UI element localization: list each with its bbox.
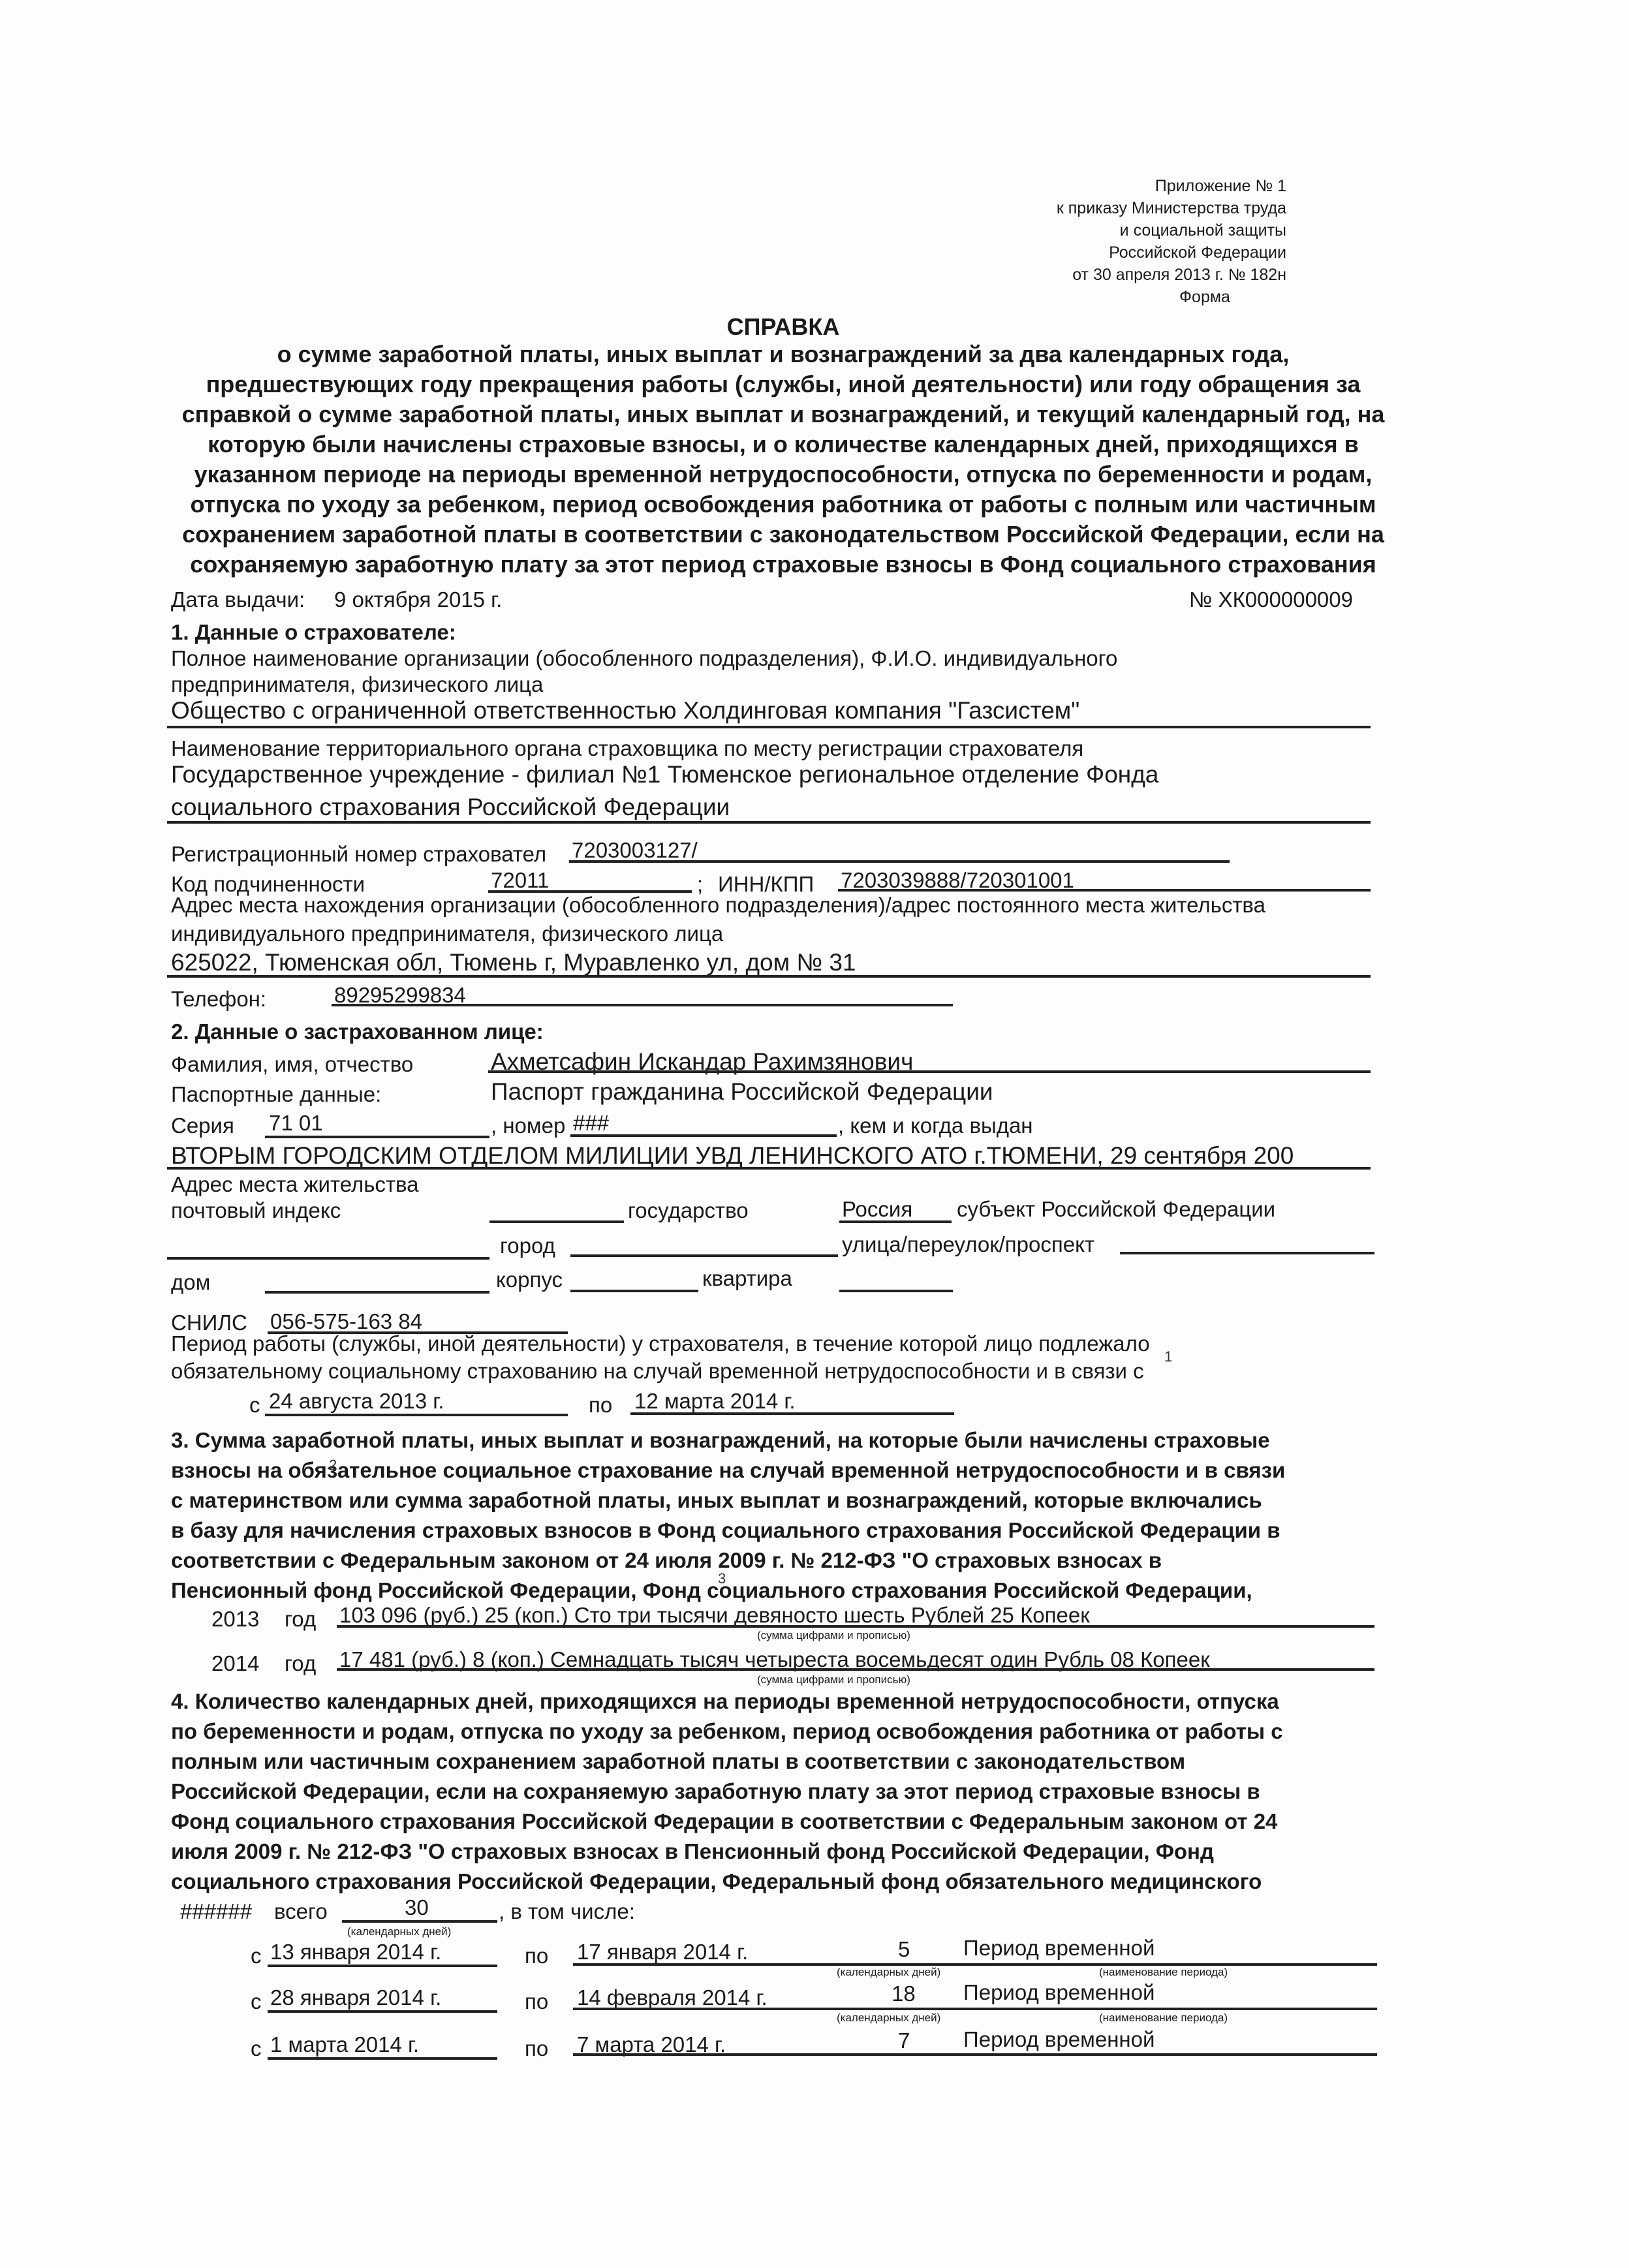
street-label: улица/переулок/проспект — [842, 1232, 1094, 1257]
org-name-label-cont: предпринимателя, физического лица — [171, 672, 543, 697]
underline — [167, 821, 1371, 824]
total-days-value: 30 — [405, 1895, 429, 1920]
period-to: 14 февраля 2014 г. — [577, 1985, 768, 2010]
section4-line: 4. Количество календарных дней, приходящ… — [171, 1689, 1279, 1714]
year-label: год — [285, 1607, 316, 1632]
work-to-value: 12 марта 2014 г. — [634, 1389, 796, 1414]
territorial-body-value-cont: социального страхования Российской Федер… — [171, 794, 730, 821]
name-caption: (наименование периода) — [1099, 2012, 1228, 2025]
reg-number-value: 7203003127/ — [572, 838, 698, 863]
year-label: год — [285, 1651, 316, 1676]
work-period-text-cont: обязательному социальному страхованию на… — [171, 1359, 1144, 1384]
underline — [167, 975, 1371, 978]
city-field — [570, 1254, 838, 1257]
underline — [573, 1963, 1377, 1966]
appendix-line: к приказу Министерства труда — [1057, 197, 1286, 219]
section4-line: полным или частичным сохранением заработ… — [171, 1749, 1185, 1774]
footnote-mark: 2 — [329, 1457, 337, 1474]
subtitle-line: о сумме заработной платы, иных выплат и … — [163, 339, 1403, 369]
passport-label: Паспортные данные: — [171, 1082, 381, 1107]
period-from: 1 марта 2014 г. — [270, 2032, 419, 2057]
work-from-value: 24 августа 2013 г. — [269, 1389, 444, 1414]
appendix-line: Приложение № 1 — [1155, 175, 1286, 197]
year: 2014 — [211, 1651, 259, 1676]
subject-field — [167, 1257, 489, 1260]
amount-caption: (сумма цифрами и прописью) — [757, 1673, 910, 1686]
period-from: 28 января 2014 г. — [270, 1985, 441, 2010]
underline — [268, 1965, 497, 1967]
underline — [570, 1134, 837, 1137]
apartment-field — [839, 1290, 953, 1292]
territorial-body-label: Наименование территориального органа стр… — [171, 736, 1083, 761]
underline — [569, 860, 1230, 863]
total-caption: (календарных дней) — [347, 1925, 451, 1938]
section1-heading: 1. Данные о страхователе: — [171, 620, 456, 645]
period-days: 18 — [892, 1981, 916, 2006]
passport-value: Паспорт гражданина Российской Федерации — [491, 1078, 993, 1106]
footnote-mark: 1 — [1164, 1348, 1172, 1365]
name-caption: (наименование периода) — [1099, 1966, 1228, 1979]
underline — [268, 2010, 497, 2013]
period-from: 13 января 2014 г. — [270, 1940, 441, 1965]
work-period-text: Период работы (службы, иной деятельности… — [171, 1331, 1150, 1356]
underline — [839, 1220, 952, 1223]
appendix-line: и социальной защиты — [1120, 219, 1286, 241]
series-value: 71 01 — [269, 1111, 323, 1136]
number-value: ### — [573, 1111, 609, 1136]
phone-label: Телефон: — [171, 987, 266, 1012]
postal-code-label: почтовый индекс — [171, 1198, 341, 1223]
appendix-line: Российской Федерации — [1109, 241, 1286, 264]
to-label: по — [525, 2036, 548, 2061]
subtitle-line: сохранением заработной платы в соответст… — [163, 520, 1403, 549]
section2-heading: 2. Данные о застрахованном лице: — [171, 1019, 544, 1044]
house-label: дом — [171, 1270, 210, 1295]
subtitle-line: сохраняемую заработную плату за этот пер… — [163, 550, 1403, 579]
period-days: 5 — [898, 1937, 910, 1962]
to-label: по — [525, 1989, 548, 2014]
section3-line: Пенсионный фонд Российской Федерации, Фо… — [171, 1578, 1252, 1603]
document-title: СПРАВКА — [163, 312, 1403, 341]
subtitle-line: справкой о сумме заработной платы, иных … — [163, 399, 1403, 429]
address-label: Адрес места нахождения организации (обос… — [171, 893, 1265, 918]
territorial-body-value: Государственное учреждение - филиал №1 Т… — [171, 761, 1158, 788]
subject-label: субъект Российской Федерации — [957, 1197, 1275, 1222]
issue-date-label: Дата выдачи: — [171, 587, 305, 612]
footnote-mark: 3 — [718, 1570, 726, 1587]
underline — [268, 2057, 497, 2060]
issued-by-value: ВТОРЫМ ГОРОДСКИМ ОТДЕЛОМ МИЛИЦИИ УВД ЛЕН… — [171, 1142, 1294, 1170]
underline — [265, 1136, 489, 1138]
appendix-line: от 30 апреля 2013 г. № 182н — [1072, 264, 1286, 286]
section4-line: по беременности и родам, отпуска по уход… — [171, 1719, 1283, 1744]
section4-line: Фонд социального страхования Российской … — [171, 1809, 1277, 1834]
underline — [337, 1668, 1374, 1671]
subtitle-line: предшествующих году прекращения работы (… — [163, 369, 1403, 399]
underline — [573, 2008, 1377, 2010]
snils-value: 056-575-163 84 — [270, 1309, 422, 1334]
issue-date-value: 9 октября 2015 г. — [334, 587, 502, 612]
section3-line: с материнством или сумма заработной плат… — [171, 1488, 1262, 1513]
to-label: по — [589, 1393, 612, 1418]
building-label: корпус — [496, 1267, 563, 1292]
total-label: всего — [274, 1899, 328, 1924]
subtitle-line: указанном периоде на периоды временной н… — [163, 459, 1403, 489]
from-label: с — [251, 1944, 262, 1968]
underline — [265, 1414, 568, 1416]
year: 2013 — [211, 1607, 259, 1632]
underline — [488, 1070, 1371, 1073]
section3-line: в базу для начисления страховых взносов … — [171, 1518, 1280, 1543]
form-label: Форма — [1120, 286, 1290, 308]
address-label-cont: индивидуального предпринимателя, физичес… — [171, 922, 723, 946]
street-field — [1120, 1252, 1374, 1254]
section4-line: Российской Федерации, если на сохраняему… — [171, 1779, 1260, 1804]
underline — [838, 889, 1371, 892]
subtitle-line: которую были начислены страховые взносы,… — [163, 429, 1403, 459]
underline — [342, 1920, 497, 1923]
underline — [630, 1412, 954, 1415]
section3-line: соответствии с Федеральным законом от 24… — [171, 1548, 1162, 1573]
document-number: № ХК000000009 — [1189, 587, 1353, 612]
subordination-code-value: 72011 — [491, 868, 549, 893]
period-to: 17 января 2014 г. — [577, 1940, 748, 1965]
from-label: с — [251, 1989, 262, 2014]
amount-value: 103 096 (руб.) 25 (коп.) Сто три тысячи … — [339, 1603, 1090, 1628]
section4-line: социального страхования Российской Федер… — [171, 1869, 1262, 1894]
period-days: 7 — [898, 2028, 910, 2053]
subtitle-line: отпуска по уходу за ребенком, период осв… — [163, 489, 1403, 519]
underline — [337, 1625, 1374, 1628]
underline — [167, 1167, 1371, 1170]
underline — [573, 2053, 1377, 2056]
residence-label: Адрес места жительства — [171, 1172, 419, 1197]
period-name: Период временной — [963, 1936, 1155, 1961]
series-label: Серия — [171, 1113, 234, 1138]
days-caption: (календарных дней) — [837, 1966, 940, 1979]
state-value: Россия — [842, 1197, 912, 1222]
city-label: город — [500, 1234, 555, 1258]
to-label: по — [525, 1944, 548, 1968]
days-caption: (календарных дней) — [837, 2012, 940, 2025]
from-label: с — [249, 1393, 260, 1418]
issued-by-label: , кем и когда выдан — [838, 1113, 1033, 1138]
underline — [167, 726, 1371, 728]
building-field — [570, 1290, 698, 1292]
org-name-label: Полное наименование организации (обособл… — [171, 646, 1117, 671]
section3-line: 3. Сумма заработной платы, иных выплат и… — [171, 1428, 1270, 1453]
postal-code-field — [489, 1220, 624, 1223]
section4-line: июля 2009 г. № 212-ФЗ "О страховых взнос… — [171, 1839, 1214, 1864]
section3-line: взносы на обязательное социальное страхо… — [171, 1458, 1285, 1483]
reg-number-label: Регистрационный номер страховател — [171, 842, 546, 867]
underline — [332, 1004, 953, 1006]
period-name: Период временной — [963, 1980, 1155, 2005]
org-name-value: Общество с ограниченной ответственностью… — [171, 697, 1079, 724]
number-label: , номер — [491, 1113, 565, 1138]
state-label: государство — [628, 1198, 749, 1223]
including-label: , в том числе: — [499, 1899, 635, 1924]
overflow-marker: ###### — [180, 1899, 252, 1924]
amount-caption: (сумма цифрами и прописью) — [757, 1629, 910, 1642]
from-label: с — [251, 2036, 262, 2061]
house-field — [265, 1291, 489, 1294]
apartment-label: квартира — [702, 1266, 792, 1291]
period-name: Период временной — [963, 2027, 1155, 2052]
address-value: 625022, Тюменская обл, Тюмень г, Муравле… — [171, 949, 856, 976]
fio-label: Фамилия, имя, отчество — [171, 1052, 413, 1077]
